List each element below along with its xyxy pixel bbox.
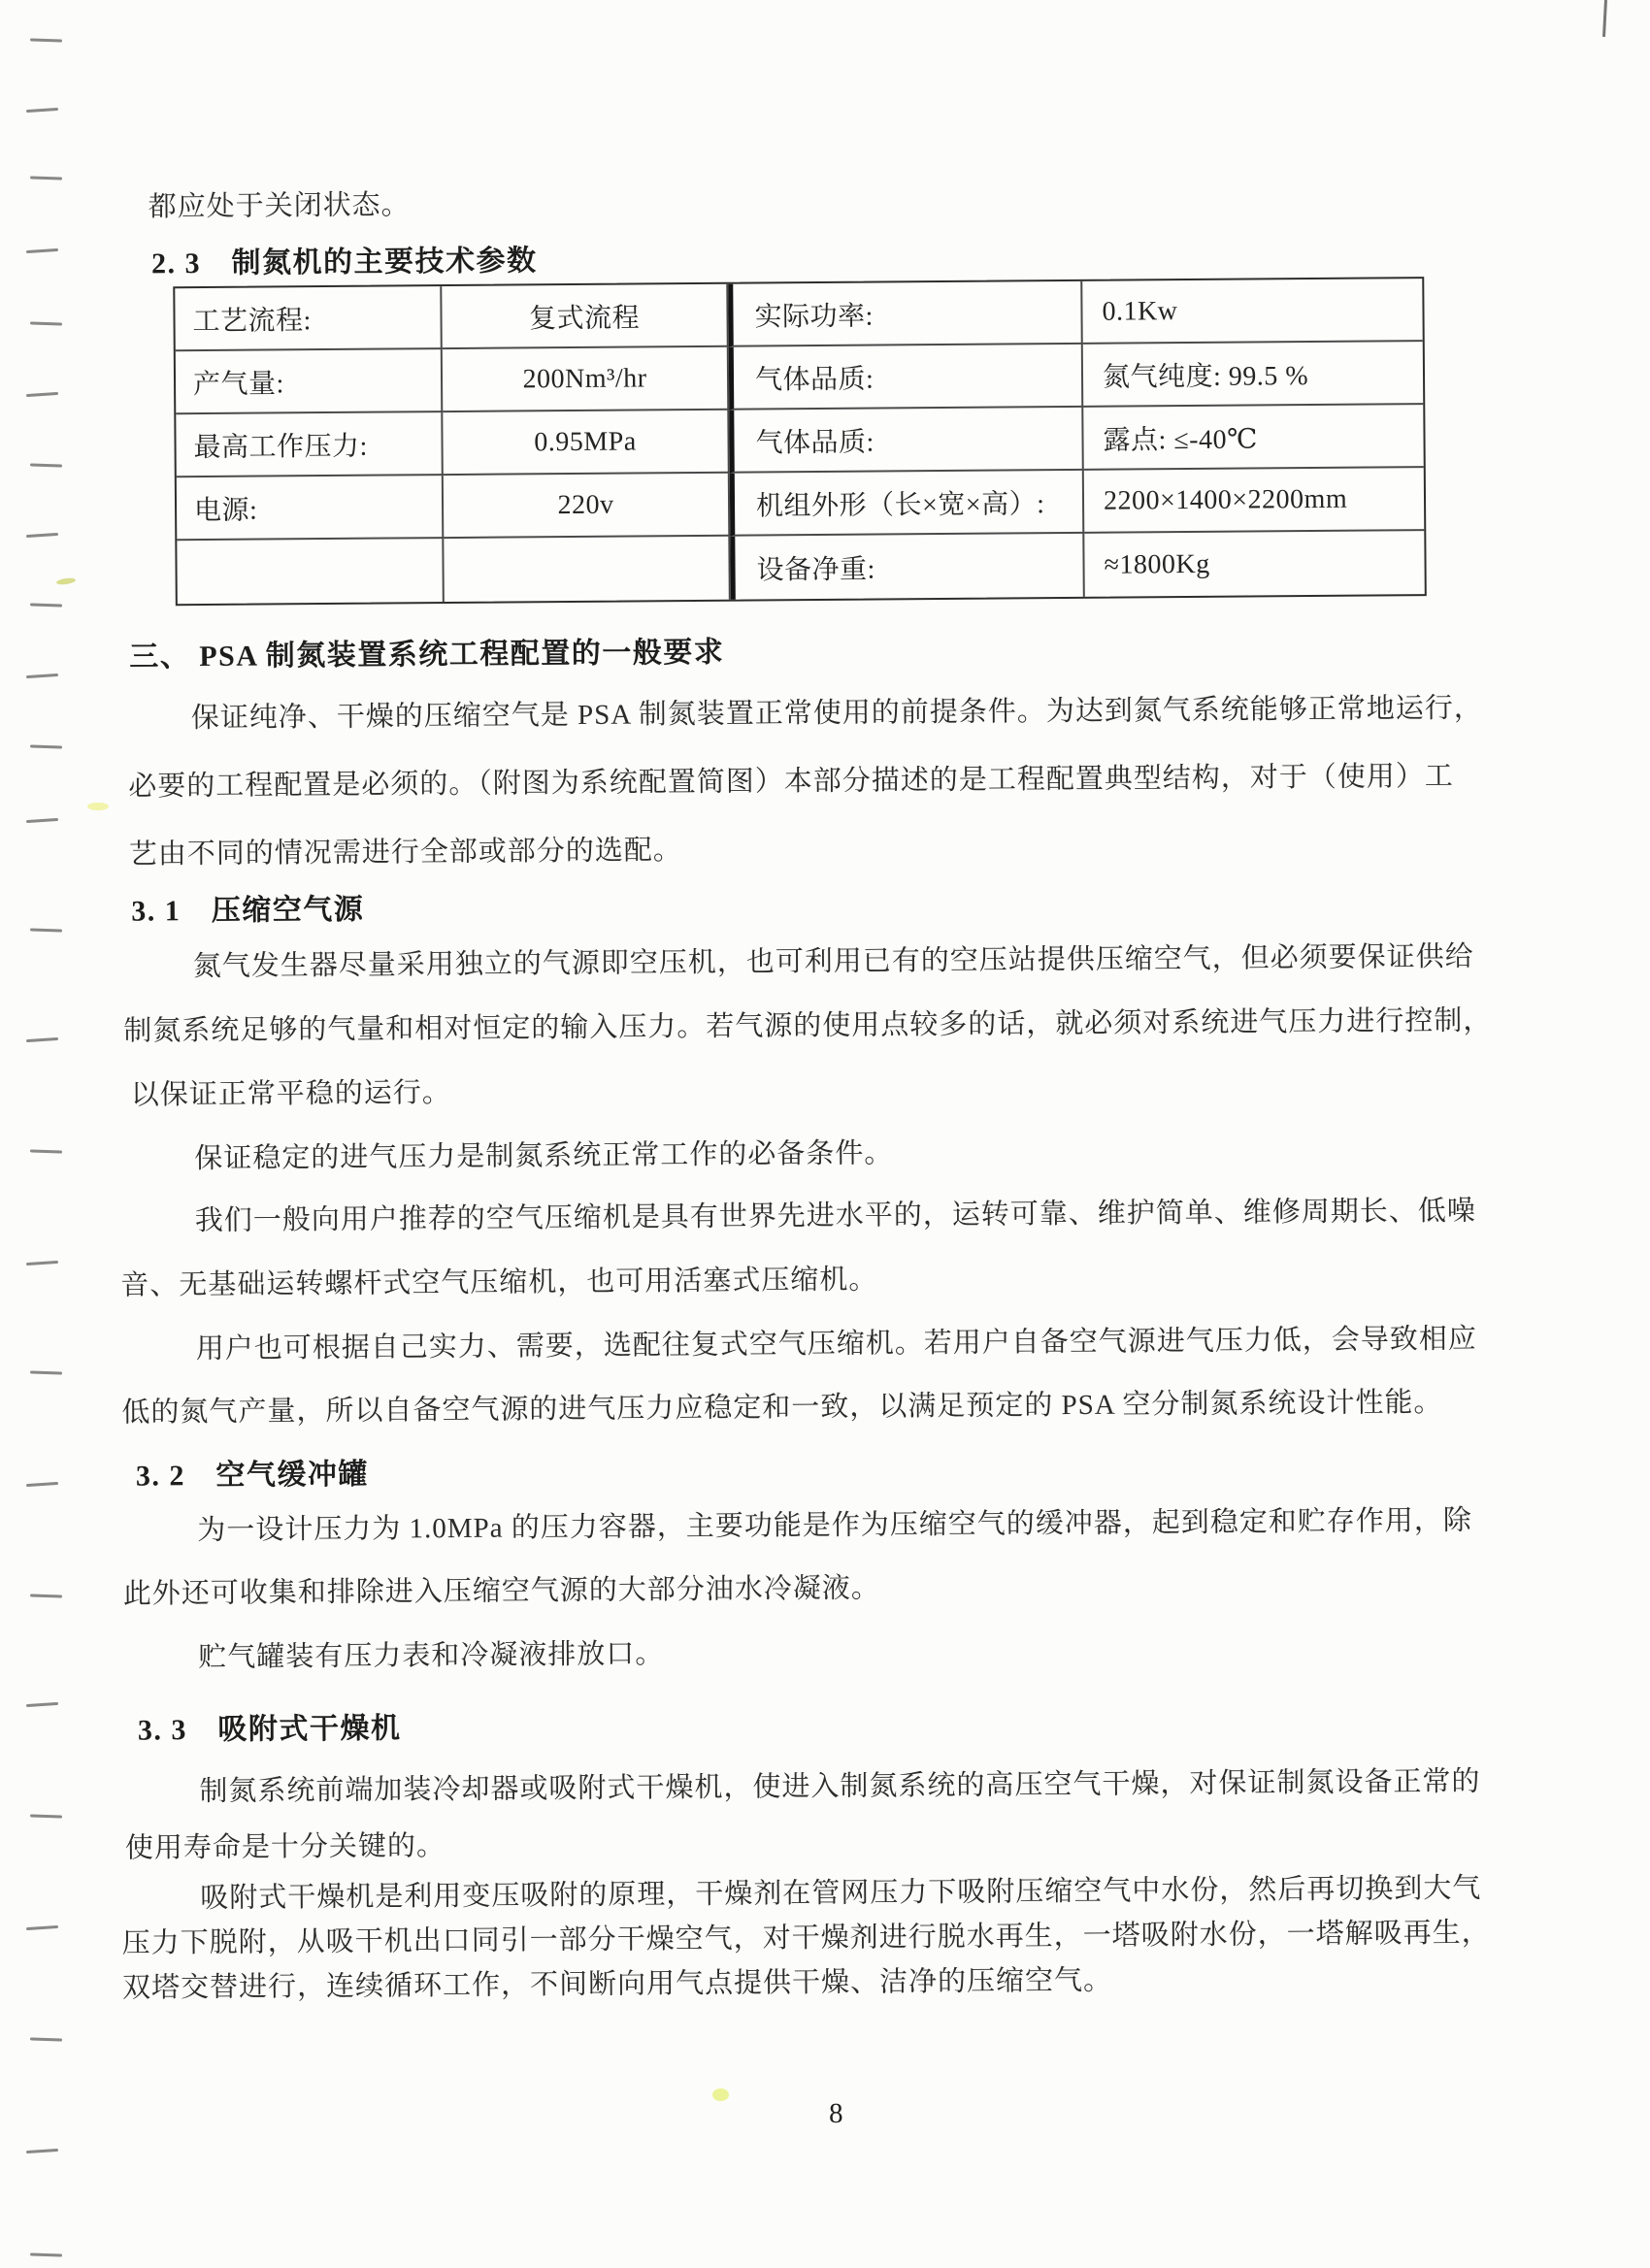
body-line: 低的氮气产量，所以自备空气源的进气压力应稳定和一致，以满足预定的 PSA 空分制… — [121, 1380, 1442, 1430]
page-number: 8 — [829, 2098, 843, 2130]
body-line: 氮气发生器尽量采用独立的气源即空压机，也可利用已有的空压站提供压缩空气，但必须要… — [193, 935, 1474, 984]
spec-cell — [177, 539, 445, 604]
body-line: 压力下脱附，从吸干机出口同引一部分干燥空气，对干燥剂进行脱水再生，一塔吸附水份，… — [121, 1911, 1490, 1961]
spec-cell — [444, 537, 731, 602]
section-heading-3: 三、 PSA 制氮装置系统工程配置的一般要求 — [129, 628, 724, 675]
spec-cell: 机组外形（长×宽×高）: — [730, 471, 1084, 537]
body-line: 用户也可根据自己实力、需要，选配往复式空气压缩机。若用户自备空气源进气压力低，会… — [196, 1317, 1477, 1366]
spec-cell: ≈1800Kg — [1084, 531, 1424, 597]
body-line: 保证稳定的进气压力是制氮系统正常工作的必备条件。 — [194, 1131, 893, 1176]
spec-table: 工艺流程: 复式流程 实际功率: 0.1Kw 产气量: 200Nm³/hr 气体… — [173, 277, 1427, 606]
body-line: 为一设计压力为 1.0MPa 的压力容器，主要功能是作为压缩空气的缓冲器，起到稳… — [197, 1498, 1472, 1548]
spec-cell: 复式流程 — [442, 284, 729, 349]
spec-cell: 产气量: — [176, 349, 444, 414]
body-line: 都应处于关闭状态。 — [148, 182, 410, 224]
body-line: 使用寿命是十分关键的。 — [125, 1824, 445, 1866]
spec-cell: 气体品质: — [729, 345, 1083, 411]
spec-cell: 电源: — [177, 476, 445, 541]
body-line: 双塔交替进行，连续循环工作，不间断向用气点提供干燥、洁净的压缩空气。 — [122, 1958, 1112, 2006]
spec-cell: 200Nm³/hr — [443, 347, 730, 412]
body-line: 艺由不同的情况需进行全部或部分的选配。 — [129, 828, 682, 871]
spec-cell: 0.1Kw — [1082, 279, 1422, 345]
section-heading-3-1: 3. 1 压缩空气源 — [131, 885, 364, 930]
body-line: 贮气罐装有压力表和冷凝液排放口。 — [198, 1631, 664, 1675]
section-heading-2-3: 2. 3 制氮机的主要技术参数 — [151, 236, 538, 281]
spec-cell: 实际功率: — [728, 281, 1082, 347]
scanned-page: 都应处于关闭状态。 2. 3 制氮机的主要技术参数 工艺流程: 复式流程 实际功… — [0, 0, 1650, 2268]
body-line: 我们一般向用户推荐的空气压缩机是具有世界先进水平的，运转可靠、维护简单、维修周期… — [195, 1189, 1476, 1238]
section-heading-3-3: 3. 3 吸附式干燥机 — [138, 1703, 402, 1748]
document-content: 都应处于关闭状态。 2. 3 制氮机的主要技术参数 工艺流程: 复式流程 实际功… — [0, 0, 1650, 2268]
spec-cell: 220v — [444, 474, 731, 539]
body-line: 保证纯净、干燥的压缩空气是 PSA 制氮装置正常使用的前提条件。为达到氮气系统能… — [191, 686, 1483, 736]
spec-cell: 设备净重: — [730, 534, 1084, 600]
body-line: 制氮系统前端加装冷却器或吸附式干燥机，使进入制氮系统的高压空气干燥，对保证制氮设… — [199, 1759, 1480, 1809]
spec-cell: 2200×1400×2200mm — [1084, 468, 1424, 534]
section-heading-3-2: 3. 2 空气缓冲罐 — [136, 1450, 369, 1495]
spec-cell: 气体品质: — [729, 408, 1083, 474]
body-line: 吸附式干燥机是利用变压吸附的原理，干燥剂在管网压力下吸附压缩空气中水份，然后再切… — [200, 1866, 1481, 1916]
spec-cell: 最高工作压力: — [176, 412, 444, 477]
spec-cell: 氮气纯度: 99.5 % — [1083, 342, 1423, 408]
body-line: 音、无基础运转螺杆式空气压缩机，也可用活塞式压缩机。 — [120, 1258, 877, 1303]
spec-cell: 0.95MPa — [443, 411, 730, 476]
body-line: 此外还可收集和排除进入压缩空气源的大部分油水冷凝液。 — [123, 1566, 880, 1612]
body-line: 制氮系统足够的气量和相对恒定的输入压力。若气源的使用点较多的话，就必须对系统进气… — [123, 999, 1492, 1049]
body-line: 以保证正常平稳的运行。 — [131, 1070, 451, 1113]
body-line: 必要的工程配置是必须的。（附图为系统配置简图）本部分描述的是工程配置典型结构，对… — [128, 754, 1454, 805]
spec-cell: 露点: ≤-40℃ — [1083, 405, 1423, 471]
spec-cell: 工艺流程: — [175, 286, 443, 351]
